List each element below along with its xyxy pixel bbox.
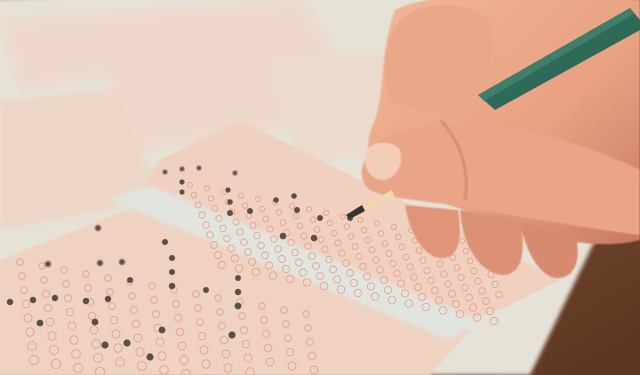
photo-scene bbox=[0, 0, 640, 375]
answer-sheet-illustration bbox=[0, 0, 640, 375]
